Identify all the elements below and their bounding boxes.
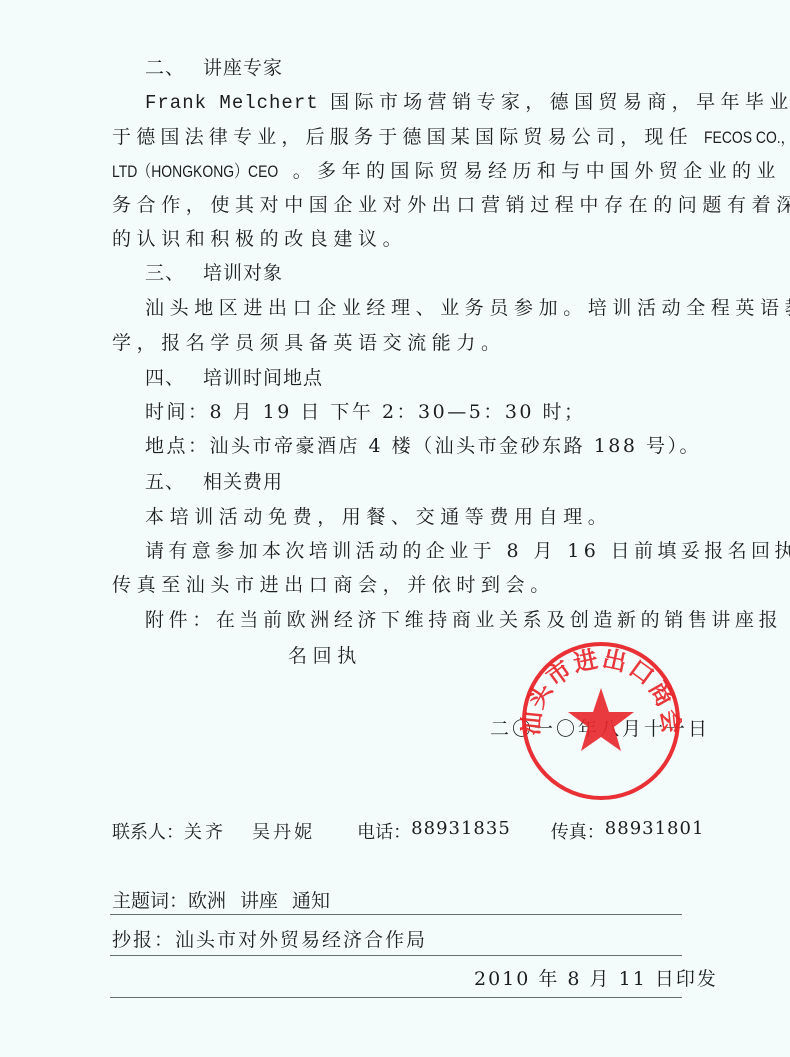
contact-persons: 关齐 吴丹妮 — [184, 818, 315, 844]
attachment-label: 附件： — [145, 609, 216, 631]
closing-line: 请有意参加本次培训活动的企业于 8 月 16 日前填妥报名回执 — [145, 539, 790, 563]
paragraph-line: 务合作，使其对中国企业对外出口营销过程中存在的问题有着深刻 — [112, 193, 790, 217]
contact-info: 联系人： 关齐 吴丹妮 电话： 88931835 传真： 88931801 — [112, 818, 704, 844]
paragraph-text: 于德国法律专业，后服务于德国某国际贸易公司，现任 — [112, 126, 704, 148]
paragraph-text: 国际市场营销专家，德国贸易商，早年毕业 — [319, 91, 790, 113]
paragraph-line: 本培训活动免费，用餐、交通等费用自理。 — [145, 505, 612, 529]
fax-number: 88931801 — [605, 818, 705, 844]
section-number: 三、 — [145, 262, 185, 284]
section-number: 四、 — [145, 367, 185, 389]
attachment-title-cont: 名回执 — [288, 644, 362, 668]
section-title: 培训对象 — [203, 262, 283, 284]
print-date: 2010 年 8 月 11 日印发 — [474, 964, 718, 991]
section-number: 二、 — [145, 57, 185, 79]
section-heading-fees: 五、相关费用 — [145, 470, 283, 494]
divider — [110, 914, 682, 915]
paragraph-line: 于德国法律专业，后服务于德国某国际贸易公司，现任 FECOS CO.， — [112, 125, 790, 150]
phone-label: 电话： — [357, 818, 411, 844]
expert-name: Frank Melchert — [145, 92, 319, 114]
section-heading-audience: 三、培训对象 — [145, 261, 283, 285]
attachment-line: 附件：在当前欧洲经济下维持商业关系及创造新的销售讲座报 — [145, 608, 782, 632]
paragraph-text: 。多年的国际贸易经历和与中国外贸企业的业 — [293, 160, 781, 182]
keyword: 欧洲 — [188, 890, 226, 912]
paragraph-line: 学，报名学员须具备英语交流能力。 — [112, 331, 506, 355]
keywords-line: 主题词：欧洲讲座通知 — [112, 886, 330, 913]
paragraph-line: LTD（HONGKONG）CEO。多年的国际贸易经历和与中国外贸企业的业 — [112, 159, 781, 184]
attachment-title[interactable]: 在当前欧洲经济下维持商业关系及创造新的销售讲座报 — [216, 609, 782, 631]
paragraph-line: Frank Melchert 国际市场营销专家，德国贸易商，早年毕业 — [145, 90, 790, 115]
closing-line: 传真至汕头市进出口商会，并依时到会。 — [112, 573, 555, 597]
cc-label: 抄报： — [112, 929, 175, 951]
keywords-label: 主题词： — [112, 890, 188, 912]
signature-date: 二〇一〇年八月十一日 — [490, 714, 710, 741]
section-heading-time-place: 四、培训时间地点 — [145, 366, 323, 390]
paragraph-line: 的认识和积极的改良建议。 — [112, 227, 407, 251]
divider — [110, 997, 682, 998]
keyword: 通知 — [292, 890, 330, 912]
cc-recipient: 汕头市对外贸易经济合作局 — [175, 929, 427, 951]
contact-person-label: 联系人： — [112, 818, 184, 844]
section-title: 培训时间地点 — [203, 367, 323, 389]
phone-number: 88931835 — [411, 818, 511, 844]
cc-line: 抄报：汕头市对外贸易经济合作局 — [112, 925, 427, 952]
section-number: 五、 — [145, 471, 185, 493]
training-time: 时间：8 月 19 日 下午 2：30—5：30 时； — [145, 400, 586, 424]
section-heading-experts: 二、讲座专家 — [145, 56, 283, 80]
keyword: 讲座 — [240, 890, 278, 912]
fax-label: 传真： — [551, 818, 605, 844]
training-location: 地点：汕头市帝豪酒店 4 楼（汕头市金砂东路 188 号）。 — [145, 434, 701, 458]
section-title: 相关费用 — [203, 471, 283, 493]
divider — [110, 955, 682, 956]
section-title: 讲座专家 — [203, 57, 283, 79]
company-name: FECOS CO.， — [704, 126, 790, 150]
paragraph-line: 汕头地区进出口企业经理、业务员参加。培训活动全程英语教 — [145, 296, 790, 320]
company-name: LTD（HONGKONG）CEO — [112, 160, 278, 184]
